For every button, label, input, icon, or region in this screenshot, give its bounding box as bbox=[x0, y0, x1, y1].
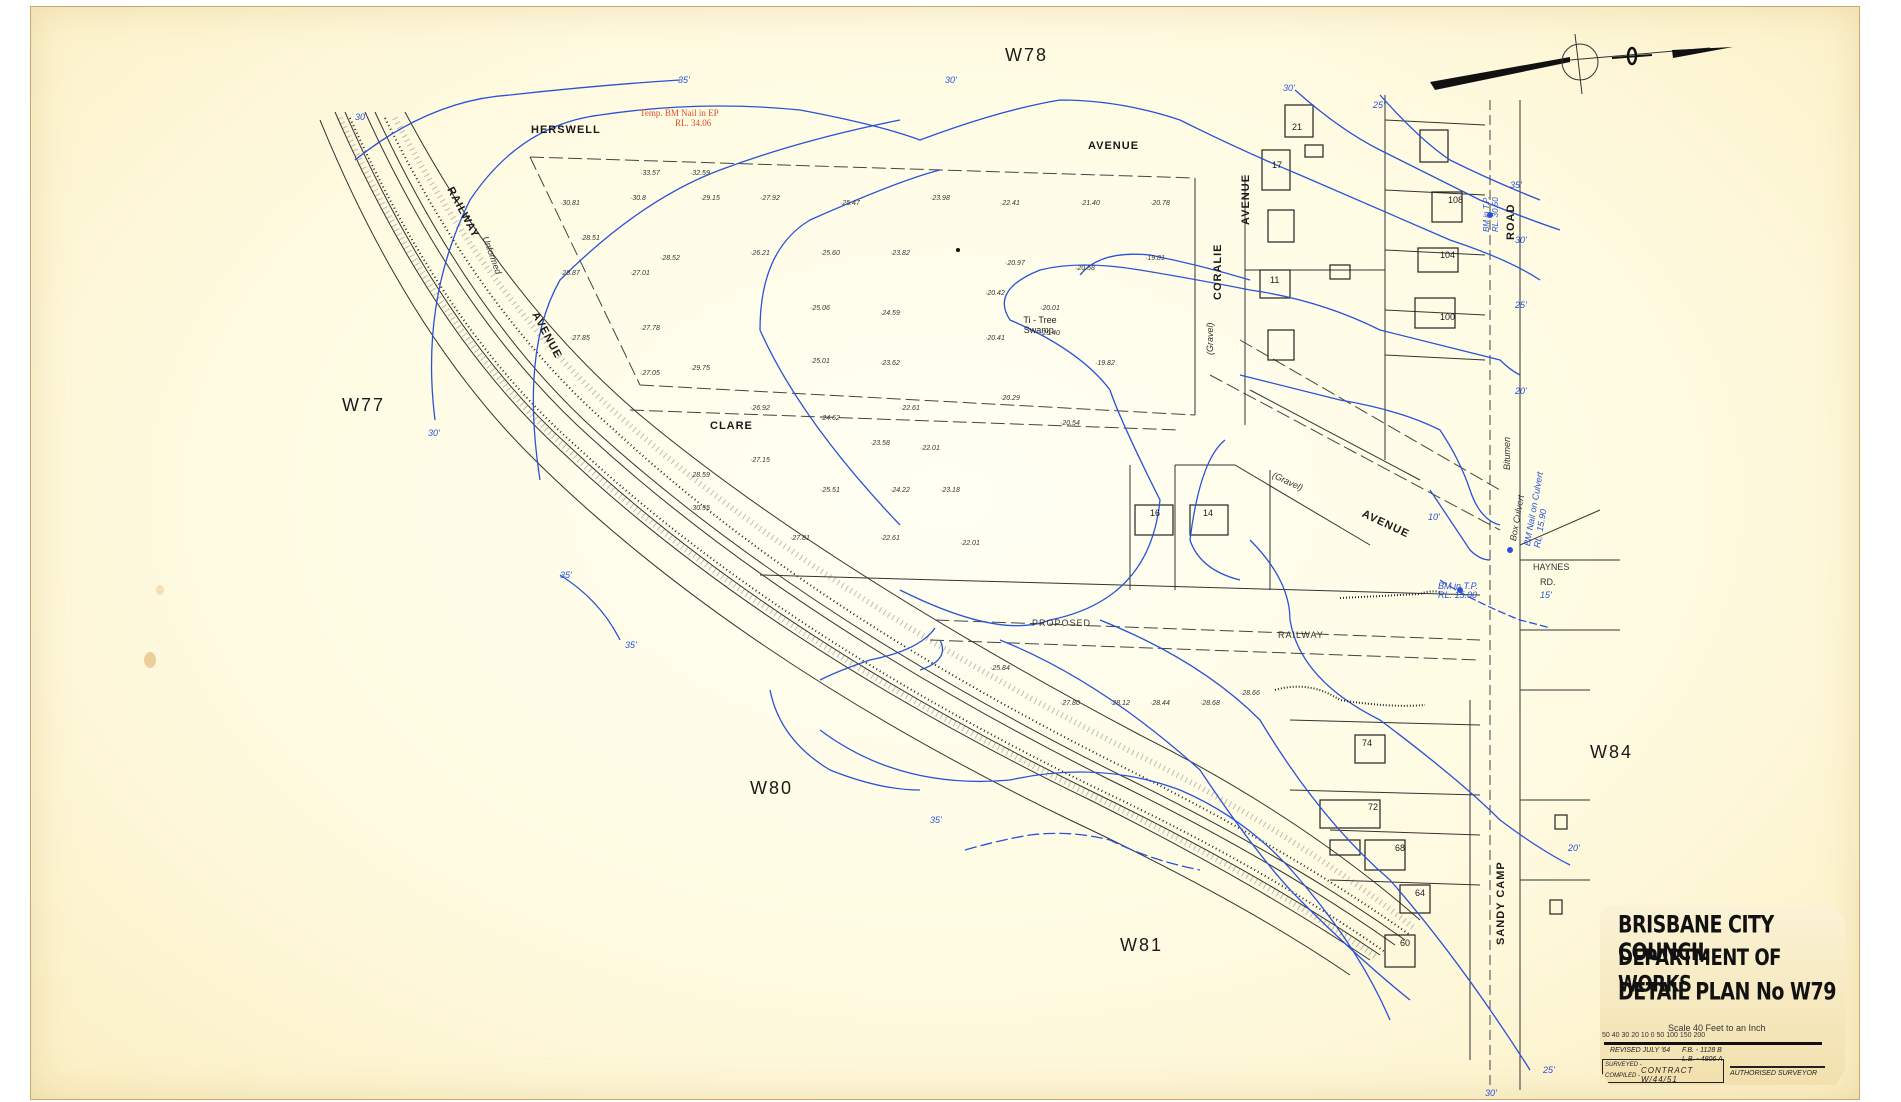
lot-108: 108 bbox=[1448, 195, 1463, 205]
spot-level: ·25.47 bbox=[840, 200, 860, 207]
spot-level: ·23.62 bbox=[880, 360, 900, 367]
spot-level: ·20.01 bbox=[1040, 305, 1060, 312]
swamp-label: Ti - Tree Swamp. bbox=[1015, 315, 1065, 335]
structure bbox=[1555, 815, 1567, 829]
lot-64: 64 bbox=[1415, 888, 1425, 898]
lot-72: 72 bbox=[1368, 802, 1378, 812]
contour-label-25e: 25' bbox=[1515, 300, 1527, 310]
spot-level: ·20.42 bbox=[985, 290, 1005, 297]
spot-level: ·28.52 bbox=[660, 255, 680, 262]
bm-tp-rl: RL. 15.00 bbox=[1438, 591, 1478, 600]
sheet-ref-southwest: W80 bbox=[750, 778, 793, 799]
street-coralie-avenue: AVENUE bbox=[1240, 174, 1252, 225]
contour-20 bbox=[900, 265, 1520, 626]
spot-level: ·19.81 bbox=[1145, 255, 1165, 262]
lot-100: 100 bbox=[1440, 312, 1455, 322]
street-herswell-avenue: AVENUE bbox=[1088, 140, 1139, 152]
contour-label-35: 35' bbox=[678, 75, 690, 85]
contour-swamp bbox=[1190, 440, 1240, 580]
bm-road-label: BM in T.P. RL. 30.50 bbox=[1482, 196, 1500, 232]
shed bbox=[1305, 145, 1323, 157]
spot-level: ·24.59 bbox=[880, 310, 900, 317]
surveyed-label: SURVEYED - bbox=[1605, 1062, 1642, 1068]
spot-level: ·27.85 bbox=[570, 335, 590, 342]
scale-ticks: 50 40 30 20 10 0 50 100 150 200 bbox=[1602, 1032, 1827, 1039]
proposed-label: PROPOSED bbox=[1032, 618, 1091, 628]
contour-label-35w2: 35' bbox=[625, 640, 637, 650]
contour-label-30: 30' bbox=[945, 75, 957, 85]
spot-level: ·30.55 bbox=[690, 505, 710, 512]
contour-30c bbox=[1000, 640, 1410, 1000]
spot-level: ·26.21 bbox=[750, 250, 770, 257]
contour-15 bbox=[1240, 375, 1500, 525]
spot-level: ·33.57 bbox=[640, 170, 660, 177]
spot-level: ·20.29 bbox=[1000, 395, 1020, 402]
field-book: F.B. - 1128 B bbox=[1682, 1046, 1723, 1055]
spot-level: ·23.98 bbox=[930, 195, 950, 202]
contour-label-30w: 30' bbox=[355, 112, 367, 122]
spot-level: ·27.80 bbox=[1060, 700, 1080, 707]
contour-label-35w: 35' bbox=[560, 570, 572, 580]
lot-68: 68 bbox=[1395, 843, 1405, 853]
street-sandy-camp: SANDY CAMP bbox=[1495, 861, 1507, 945]
stain bbox=[144, 652, 156, 668]
lot-14: 14 bbox=[1203, 508, 1213, 518]
bm-marker bbox=[1507, 547, 1513, 553]
sheet-ref-south: W81 bbox=[1120, 935, 1163, 956]
sheet-ref-west: W77 bbox=[342, 395, 385, 416]
contour-25d bbox=[1100, 620, 1530, 1070]
temp-bm-text: Temp. BM Nail in EP bbox=[640, 108, 719, 118]
contour-10 bbox=[1430, 490, 1490, 560]
house-unnamed3 bbox=[1420, 130, 1448, 162]
title-plan-number: DETAIL PLAN No W79 bbox=[1618, 978, 1836, 1006]
temp-bm-label: Temp. BM Nail in EP RL. 34.06 bbox=[640, 108, 719, 128]
spot-level: ·23.18 bbox=[940, 487, 960, 494]
spot-level: ·28.66 bbox=[1240, 690, 1260, 697]
street-coralie: CORALIE bbox=[1212, 244, 1224, 301]
spot-level: ·21.40 bbox=[1080, 200, 1100, 207]
spot-level: ·27.78 bbox=[640, 325, 660, 332]
contour-label-30e: 30' bbox=[1515, 235, 1527, 245]
contour-label-25s: 25' bbox=[1543, 1065, 1555, 1075]
contour-label-30s: 30' bbox=[1485, 1088, 1497, 1098]
lot-21: 21 bbox=[1292, 122, 1302, 132]
spot-level: ·28.12 bbox=[1110, 700, 1130, 707]
house-17 bbox=[1262, 150, 1290, 190]
contour-35b bbox=[770, 690, 920, 790]
scale-bar bbox=[1604, 1042, 1822, 1045]
street-herswell: HERSWELL bbox=[531, 124, 601, 136]
contour-label-15: 15' bbox=[1540, 590, 1552, 600]
spot-level: ·27.15 bbox=[750, 457, 770, 464]
contour-35c bbox=[560, 575, 620, 640]
spot-level: ·25.84 bbox=[990, 665, 1010, 672]
spot-level: ·22.61 bbox=[880, 535, 900, 542]
spot-level: ·29.75 bbox=[690, 365, 710, 372]
street-clare: CLARE bbox=[710, 420, 753, 432]
structure2 bbox=[1550, 900, 1562, 914]
spot-level: ·28.44 bbox=[1150, 700, 1170, 707]
spot-level: ·32.59 bbox=[690, 170, 710, 177]
bitumen-label: Bitumen bbox=[1502, 437, 1512, 470]
spot-level: ·25.51 bbox=[820, 487, 840, 494]
survey-box: SURVEYED - COMPILED - CONTRACT W/44/51 bbox=[1602, 1059, 1724, 1083]
house-unnamed bbox=[1268, 210, 1294, 242]
revised-date: REVISED JULY '64 bbox=[1610, 1047, 1670, 1054]
railway-label: RAILWAY bbox=[1278, 630, 1324, 640]
spot-level: ·24.22 bbox=[890, 487, 910, 494]
authorised-surveyor: AUTHORISED SURVEYOR bbox=[1730, 1070, 1817, 1077]
lot-16: 16 bbox=[1150, 508, 1160, 518]
lot-60: 60 bbox=[1400, 938, 1410, 948]
lot-74: 74 bbox=[1362, 738, 1372, 748]
contour-label-20s: 20' bbox=[1568, 843, 1580, 853]
lot-11: 11 bbox=[1270, 275, 1279, 285]
spot-level: ·27.81 bbox=[790, 535, 810, 542]
spot-level: ·27.92 bbox=[760, 195, 780, 202]
street-gravel-1: (Gravel) bbox=[1205, 322, 1215, 355]
spot-level: ·29.15 bbox=[700, 195, 720, 202]
contour-lines bbox=[355, 80, 1570, 1070]
spot-level: ·19.82 bbox=[1095, 360, 1115, 367]
contour-label-30n: 30' bbox=[1283, 83, 1295, 93]
shed2 bbox=[1330, 265, 1350, 279]
spot-level: ·24.62 bbox=[820, 415, 840, 422]
spot-level: ·22.41 bbox=[1000, 200, 1020, 207]
spot-level: ·20.54 bbox=[1060, 420, 1080, 427]
spot-level: ·25.01 bbox=[810, 358, 830, 365]
contour-20b bbox=[1250, 540, 1570, 865]
spot-level: ·22.01 bbox=[920, 445, 940, 452]
house-21 bbox=[1285, 105, 1313, 137]
lot-104: 104 bbox=[1440, 250, 1455, 260]
signature bbox=[1730, 1060, 1825, 1068]
compiled-label: COMPILED - bbox=[1605, 1073, 1640, 1079]
spot-level: ·30.8 bbox=[630, 195, 646, 202]
bm-tp-label: BM in T.P. RL. 15.00 bbox=[1438, 582, 1478, 600]
spot-level: ·27.01 bbox=[630, 270, 650, 277]
spot-level: ·25.06 bbox=[810, 305, 830, 312]
spot-level: ·23.82 bbox=[890, 250, 910, 257]
spot-level: ·28.87 bbox=[560, 270, 580, 277]
contour-label-30w2: 30' bbox=[428, 428, 440, 438]
house-unnamed2 bbox=[1268, 330, 1294, 360]
buildings bbox=[1135, 105, 1567, 967]
sheet-ref-east: W84 bbox=[1590, 742, 1633, 763]
spot-level: ·22.01 bbox=[960, 540, 980, 547]
spot-level: ·22.61 bbox=[900, 405, 920, 412]
property-lines bbox=[760, 95, 1620, 1090]
embankment-ticks bbox=[340, 118, 1414, 957]
sheet-ref-north: W78 bbox=[1005, 45, 1048, 66]
spot-level: ·28.59 bbox=[690, 472, 710, 479]
spot-level: ·30.81 bbox=[560, 200, 580, 207]
contract-number: CONTRACT W/44/51 bbox=[1641, 1066, 1723, 1084]
spot-level: ·28.68 bbox=[1200, 700, 1220, 707]
spot-level: ·25.60 bbox=[820, 250, 840, 257]
lot-17: 17 bbox=[1272, 160, 1282, 170]
spot-level: ·27.05 bbox=[640, 370, 660, 377]
street-haynes: HAYNES bbox=[1533, 562, 1569, 572]
spot-level: ·23.58 bbox=[870, 440, 890, 447]
spot-marker bbox=[956, 248, 960, 252]
contour-label-25n: 25' bbox=[1373, 100, 1385, 110]
temp-bm-rl: RL. 34.06 bbox=[640, 118, 719, 128]
bm-road-rl: RL. 30.50 bbox=[1491, 196, 1500, 232]
spot-level: ·26.92 bbox=[750, 405, 770, 412]
contour-25 bbox=[760, 170, 940, 525]
spot-level: ·20.97 bbox=[1005, 260, 1025, 267]
street-haynes-rd: RD. bbox=[1540, 577, 1556, 587]
spot-level: ·28.51 bbox=[580, 235, 600, 242]
contour-label-10: 10' bbox=[1428, 512, 1440, 522]
contour-label-20e: 20' bbox=[1515, 386, 1527, 396]
title-block: BRISBANE CITY COUNCIL DEPARTMENT OF WORK… bbox=[1600, 905, 1845, 1085]
spot-level: ·20.41 bbox=[985, 335, 1005, 342]
contour-30 bbox=[432, 100, 1540, 420]
spot-level: ·20.58 bbox=[1075, 265, 1095, 272]
contour-label-35s: 35' bbox=[930, 815, 942, 825]
contour-label-35e: 35' bbox=[1510, 180, 1522, 190]
north-arrow bbox=[1430, 34, 1733, 94]
spot-level: ·20.78 bbox=[1150, 200, 1170, 207]
bm-road-text: BM in T.P. bbox=[1482, 196, 1491, 232]
stain bbox=[156, 585, 164, 595]
